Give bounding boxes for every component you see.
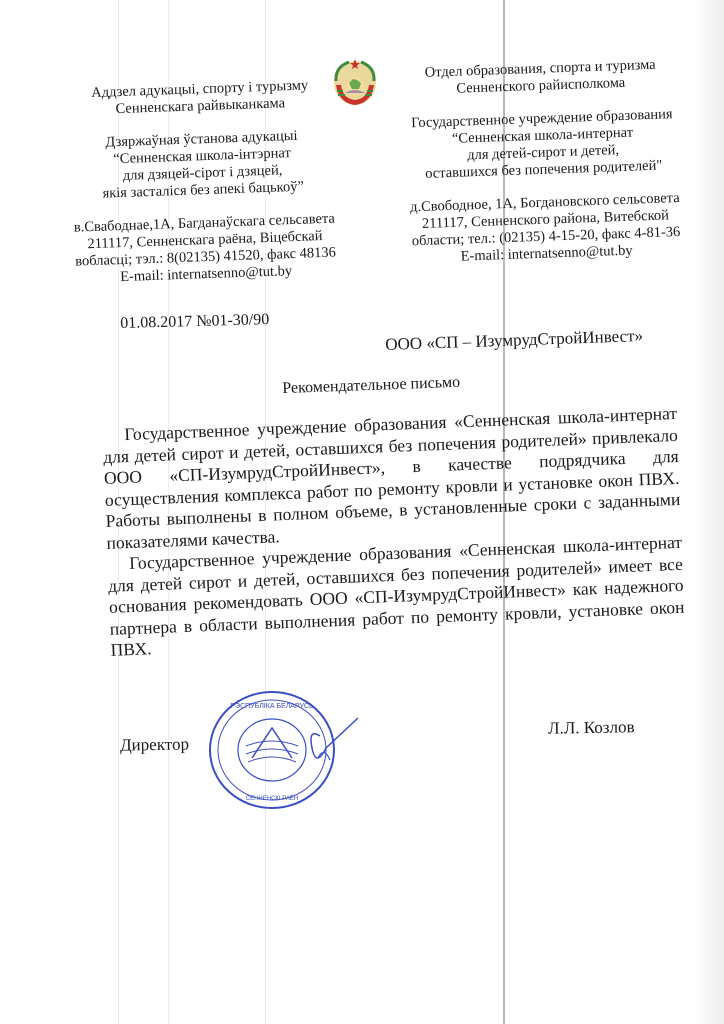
- svg-text:СЕННЕНСКІ РАЁН: СЕННЕНСКІ РАЁН: [246, 795, 298, 802]
- letter-body: Государственное учреждение образования «…: [102, 403, 686, 661]
- body-paragraph: Государственное учреждение образования «…: [107, 532, 686, 661]
- svg-text:РЭСПУБЛІКА БЕЛАРУСЬ: РЭСПУБЛІКА БЕЛАРУСЬ: [230, 703, 314, 710]
- signatory-name: Л.Л. Козлов: [548, 717, 635, 739]
- header-left-belarusian: Аддзел адукацыі, спорту і турызму Сеннен…: [62, 76, 344, 287]
- addressee: ООО «СП – ИзумрудСтройИнвест»: [385, 326, 643, 355]
- header-right-russian: Отдел образования, спорта и туризма Сенн…: [390, 56, 697, 268]
- signature-block: Директор: [120, 735, 189, 755]
- page-edge-shadow: [694, 0, 724, 1024]
- document-title: Рекомендательное письмо: [282, 374, 460, 398]
- body-paragraph: Государственное учреждение образования «…: [102, 403, 682, 554]
- signatory-position: Директор: [120, 734, 189, 755]
- scanned-letter-page: Аддзел адукацыі, спорту і турызму Сеннен…: [0, 0, 724, 1024]
- official-round-stamp-icon: РЭСПУБЛІКА БЕЛАРУСЬ СЕННЕНСКІ РАЁН: [200, 688, 360, 818]
- belarus-coat-of-arms-icon: [331, 55, 379, 107]
- date-and-number: 01.08.2017 №01-30/90: [120, 311, 269, 333]
